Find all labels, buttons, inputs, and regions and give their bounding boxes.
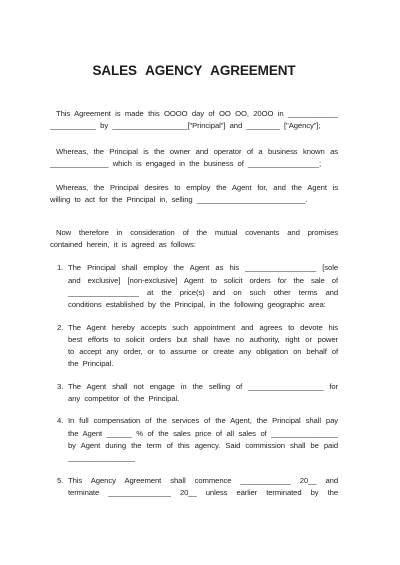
text-line: the Agent ______ % of the sales price of…	[68, 428, 338, 440]
numbered-clauses: 1.The Principal shall employ the Agent a…	[50, 262, 338, 499]
text-line: best efforts to solicit orders but shall…	[68, 334, 338, 346]
text-line: any competitor of the Principal.	[68, 393, 338, 405]
clause-number: 3.	[57, 381, 63, 393]
text-line: ______________ which is engaged in the b…	[50, 158, 338, 170]
intro-paragraph: This Agreement is made this OOOO day of …	[50, 108, 338, 133]
clause-number: 4.	[57, 415, 63, 427]
text-line: the Principal.	[68, 358, 338, 370]
text-line: ___________ by __________________["Princ…	[50, 120, 338, 132]
text-line: willing to act for the Principal in, sel…	[50, 194, 338, 206]
clause-item: 1.The Principal shall employ the Agent a…	[50, 262, 338, 311]
text-line: The Principal shall employ the Agent as …	[68, 262, 338, 274]
clause-item: 5.This Agency Agreement shall commence _…	[50, 475, 338, 500]
intro-paragraph: Whereas, the Principal desires to employ…	[50, 182, 338, 207]
text-line: The Agent hereby accepts such appointmen…	[68, 322, 338, 334]
text-line: ________________	[68, 452, 338, 464]
document-page: SALES AGENCY AGREEMENT This Agreement is…	[0, 0, 400, 565]
clause-item: 4.In full compensation of the services o…	[50, 415, 338, 464]
text-line: The Agent shall not engage in the sellin…	[68, 381, 338, 393]
clause-item: 3.The Agent shall not engage in the sell…	[50, 381, 338, 406]
text-line: This Agreement is made this OOOO day of …	[50, 108, 338, 120]
page-title: SALES AGENCY AGREEMENT	[50, 62, 338, 80]
text-line: to accept any order, or to assume or cre…	[68, 346, 338, 358]
intro-paragraphs: This Agreement is made this OOOO day of …	[50, 108, 338, 251]
intro-paragraph: Whereas, the Principal is the owner and …	[50, 146, 338, 171]
text-line: conditions established by the Principal,…	[68, 299, 338, 311]
text-line: In full compensation of the services of …	[68, 415, 338, 427]
text-line: contained herein, it is agreed as follow…	[50, 239, 338, 251]
clause-number: 1.	[57, 262, 63, 274]
text-line: and exclusive] [non-exclusive] Agent to …	[68, 275, 338, 287]
text-line: This Agency Agreement shall commence ___…	[68, 475, 338, 487]
text-line: by Agent during the term of this agency.…	[68, 440, 338, 452]
intro-paragraph: Now therefore in consideration of the mu…	[50, 227, 338, 252]
clause-number: 2.	[57, 322, 63, 334]
text-line: Now therefore in consideration of the mu…	[50, 227, 338, 239]
text-line: Whereas, the Principal is the owner and …	[50, 146, 338, 158]
text-line: terminate _______________ 20__ unless ea…	[68, 487, 338, 499]
clause-number: 5.	[57, 475, 63, 487]
text-line: Whereas, the Principal desires to employ…	[50, 182, 338, 194]
clause-item: 2.The Agent hereby accepts such appointm…	[50, 322, 338, 371]
text-line: _________________ at the price(s) and on…	[68, 287, 338, 299]
